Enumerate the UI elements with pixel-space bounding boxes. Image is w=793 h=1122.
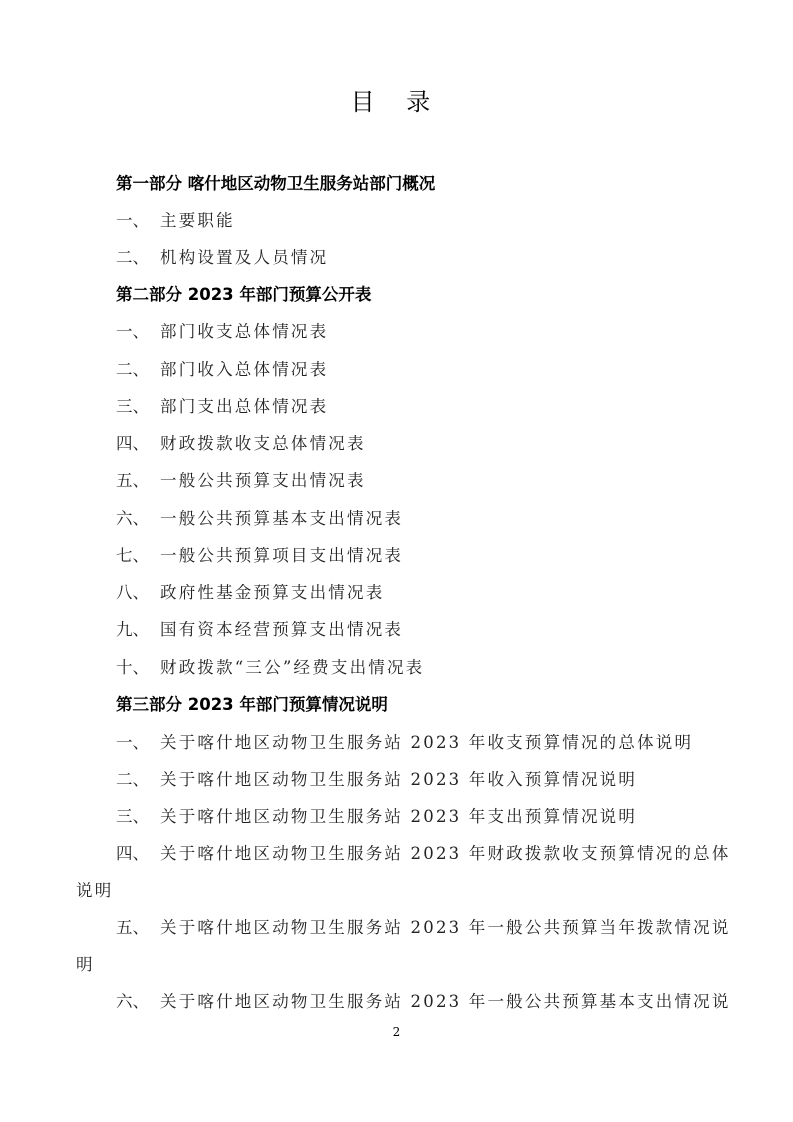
item-text: 关于喀什地区动物卫生服务站 2023 年支出预算情况说明 [160,807,637,826]
item-text: 财政拨款“三公”经费支出情况表 [160,658,424,677]
toc-item[interactable]: 八、政府性基金预算支出情况表 [116,579,384,603]
item-text: 关于喀什地区动物卫生服务站 2023 年财政拨款收支预算情况的总体 [160,844,731,863]
item-number: 三、 [116,803,160,827]
item-text: 部门收入总体情况表 [160,360,328,379]
item-number: 九、 [116,616,160,640]
item-number: 四、 [116,430,160,454]
toc-part1-heading[interactable]: 第一部分 喀什地区动物卫生服务站部门概况 [116,170,435,194]
toc-item[interactable]: 三、部门支出总体情况表 [116,393,328,417]
item-number: 二、 [116,356,160,380]
toc-item[interactable]: 五、关于喀什地区动物卫生服务站 2023 年一般公共预算当年拨款情况说 [116,914,731,938]
item-text: 关于喀什地区动物卫生服务站 2023 年收入预算情况说明 [160,770,637,789]
item-number: 一、 [116,318,160,342]
toc-item[interactable]: 四、财政拨款收支总体情况表 [116,430,366,454]
item-text: 关于喀什地区动物卫生服务站 2023 年收支预算情况的总体说明 [160,733,693,752]
item-number: 十、 [116,654,160,678]
toc-item[interactable]: 九、国有资本经营预算支出情况表 [116,616,403,640]
toc-item[interactable]: 六、一般公共预算基本支出情况表 [116,505,403,529]
toc-item[interactable]: 六、关于喀什地区动物卫生服务站 2023 年一般公共预算基本支出情况说 [116,988,731,1012]
item-number: 八、 [116,579,160,603]
item-number: 二、 [116,244,160,268]
item-text: 一般公共预算支出情况表 [160,471,366,490]
page-number: 2 [0,1025,793,1039]
item-text: 财政拨款收支总体情况表 [160,434,366,453]
item-number: 三、 [116,393,160,417]
item-text: 政府性基金预算支出情况表 [160,583,384,602]
toc-item[interactable]: 二、关于喀什地区动物卫生服务站 2023 年收入预算情况说明 [116,766,637,790]
toc-part2-heading[interactable]: 第二部分 2023 年部门预算公开表 [116,281,371,305]
item-number: 五、 [116,914,160,938]
item-text: 一般公共预算项目支出情况表 [160,546,403,565]
toc-item[interactable]: 五、一般公共预算支出情况表 [116,467,366,491]
item-text: 主要职能 [160,211,235,230]
toc-item-continuation[interactable]: 说明 [76,877,113,901]
item-number: 六、 [116,505,160,529]
item-number: 七、 [116,542,160,566]
toc-item[interactable]: 十、财政拨款“三公”经费支出情况表 [116,654,424,678]
item-number: 四、 [116,840,160,864]
item-text: 部门支出总体情况表 [160,397,328,416]
toc-item[interactable]: 二、部门收入总体情况表 [116,356,328,380]
toc-item-continuation[interactable]: 明 [76,951,95,975]
item-number: 一、 [116,729,160,753]
item-text: 一般公共预算基本支出情况表 [160,509,403,528]
toc-item[interactable]: 一、部门收支总体情况表 [116,318,328,342]
item-text: 机构设置及人员情况 [160,248,328,267]
item-number: 六、 [116,988,160,1012]
item-text: 国有资本经营预算支出情况表 [160,620,403,639]
item-text: 关于喀什地区动物卫生服务站 2023 年一般公共预算当年拨款情况说 [160,918,731,937]
page-title: 目 录 [0,82,793,117]
item-text: 关于喀什地区动物卫生服务站 2023 年一般公共预算基本支出情况说 [160,992,731,1011]
toc-item[interactable]: 一、关于喀什地区动物卫生服务站 2023 年收支预算情况的总体说明 [116,729,693,753]
item-number: 二、 [116,766,160,790]
item-text: 部门收支总体情况表 [160,322,328,341]
toc-item[interactable]: 一、主要职能 [116,207,235,231]
item-number: 一、 [116,207,160,231]
toc-item[interactable]: 四、关于喀什地区动物卫生服务站 2023 年财政拨款收支预算情况的总体 [116,840,731,864]
toc-item[interactable]: 七、一般公共预算项目支出情况表 [116,542,403,566]
toc-item[interactable]: 二、机构设置及人员情况 [116,244,328,268]
toc-part3-heading[interactable]: 第三部分 2023 年部门预算情况说明 [116,691,388,715]
toc-item[interactable]: 三、关于喀什地区动物卫生服务站 2023 年支出预算情况说明 [116,803,637,827]
item-number: 五、 [116,467,160,491]
